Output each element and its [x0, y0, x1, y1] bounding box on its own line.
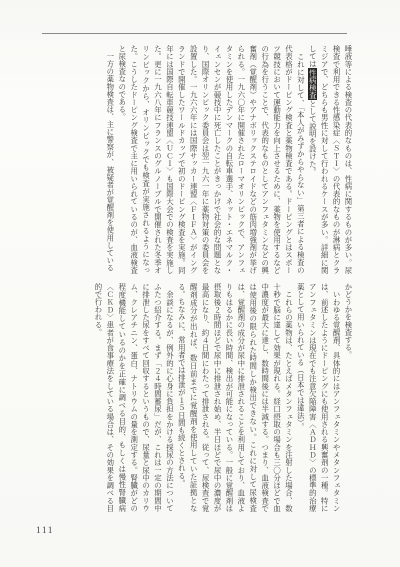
cross-reference-box: 性病検査 [308, 68, 317, 100]
paragraph: 一方の薬物検査は、主に警察が、被疑者が覚醒剤を使用している [104, 45, 116, 274]
upper-text-block: 唾液等による検査の代表的なものは、性病に関するものが多い。尿検査で利用できる性感… [66, 45, 354, 274]
paragraph-continued: かどうかを検査する。 [342, 283, 354, 512]
lower-text-block: かどうかを検査する。 いわゆる覚醒剤、具体的にはアンフェタミンやメタンフェタミン… [66, 283, 354, 512]
paragraph-text: として説明を設けた。 [308, 100, 317, 176]
header-rule [42, 33, 347, 34]
paragraph: 余談になるが、例外的に心身に負担をかける採尿の方法についてふたつ紹介する。まず「… [92, 283, 175, 512]
page-number: 111 [36, 526, 54, 536]
paragraph: いわゆる覚醒剤、具体的にはアンフェタミンやメタンフェタミンは、前述したようにドー… [294, 283, 342, 512]
paragraph: これに対して、「本人がみずからやらない」第三者による検査の代表格がドーピング検査… [116, 45, 307, 274]
paragraph-continued: 唾液等による検査の代表的なものは、性病に関するものが多い。尿検査で利用できる性感… [306, 45, 354, 274]
paragraph: これらの薬物は、たとえばメタンフェタミンを注射した場合、数十秒で脳に達して効果が… [175, 283, 294, 512]
